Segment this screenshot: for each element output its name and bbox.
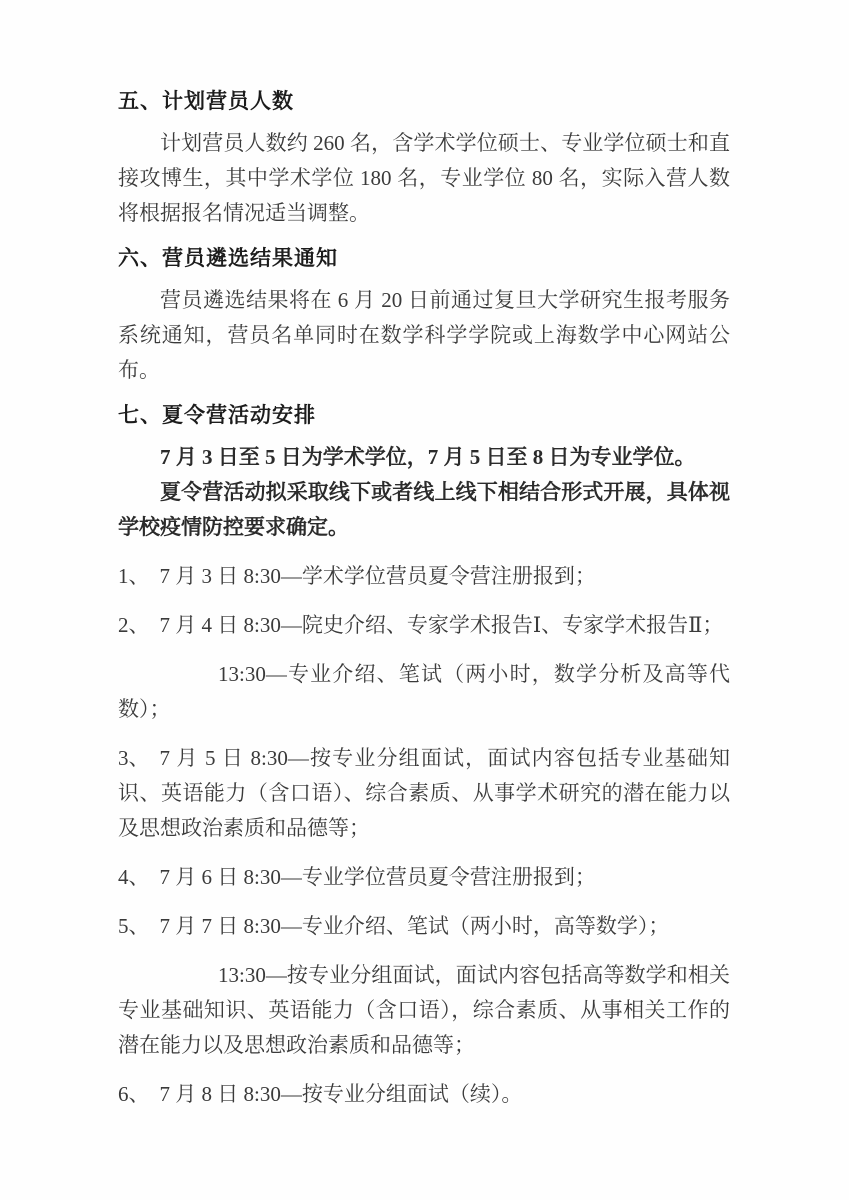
schedule-item-continuation: 13:30—按专业分组面试，面试内容包括高等数学和相关专业基础知识、英语能力（含… <box>118 958 730 1063</box>
schedule-item: 4、7 月 6 日 8:30—专业学位营员夏令营注册报到； <box>118 860 730 895</box>
schedule-item-text: 7 月 4 日 8:30—院史介绍、专家学术报告Ⅰ、专家学术报告Ⅱ； <box>160 613 724 637</box>
document-page: 五、计划营员人数 计划营员人数约 260 名，含学术学位硕士、专业学位硕士和直接… <box>0 0 849 1200</box>
section-heading: 六、营员遴选结果通知 <box>118 243 730 275</box>
schedule-item-text: 7 月 8 日 8:30—按专业分组面试（续）。 <box>160 1082 523 1106</box>
section-heading: 五、计划营员人数 <box>118 86 730 118</box>
body-paragraph: 计划营员人数约 260 名，含学术学位硕士、专业学位硕士和直接攻博生，其中学术学… <box>118 126 730 231</box>
schedule-item-number: 3、 <box>118 741 150 776</box>
schedule-item-number: 2、 <box>118 608 150 643</box>
schedule-item: 3、7 月 5 日 8:30—按专业分组面试，面试内容包括专业基础知识、英语能力… <box>118 741 730 846</box>
schedule-item: 6、7 月 8 日 8:30—按专业分组面试（续）。 <box>118 1077 730 1112</box>
schedule-item: 1、7 月 3 日 8:30—学术学位营员夏令营注册报到； <box>118 559 730 594</box>
schedule-item-number: 5、 <box>118 909 150 944</box>
section-plan-numbers: 五、计划营员人数 计划营员人数约 260 名，含学术学位硕士、专业学位硕士和直接… <box>118 86 730 231</box>
schedule-item-number: 6、 <box>118 1077 150 1112</box>
schedule-item: 5、7 月 7 日 8:30—专业介绍、笔试（两小时，高等数学）； <box>118 909 730 944</box>
schedule-item-text: 7 月 3 日 8:30—学术学位营员夏令营注册报到； <box>160 564 596 588</box>
schedule-item-text: 7 月 7 日 8:30—专业介绍、笔试（两小时，高等数学）； <box>160 914 670 938</box>
schedule-list: 1、7 月 3 日 8:30—学术学位营员夏令营注册报到； 2、7 月 4 日 … <box>118 559 730 1112</box>
bold-paragraph: 夏令营活动拟采取线下或者线上线下相结合形式开展，具体视学校疫情防控要求确定。 <box>118 475 730 545</box>
section-selection-notice: 六、营员遴选结果通知 营员遴选结果将在 6 月 20 日前通过复旦大学研究生报考… <box>118 243 730 388</box>
schedule-item-text: 7 月 6 日 8:30—专业学位营员夏令营注册报到； <box>160 865 596 889</box>
body-paragraph: 营员遴选结果将在 6 月 20 日前通过复旦大学研究生报考服务系统通知，营员名单… <box>118 283 730 388</box>
schedule-item-number: 1、 <box>118 559 150 594</box>
bold-paragraph: 7 月 3 日至 5 日为学术学位，7 月 5 日至 8 日为专业学位。 <box>118 440 730 475</box>
section-activity-schedule: 七、夏令营活动安排 7 月 3 日至 5 日为学术学位，7 月 5 日至 8 日… <box>118 400 730 1112</box>
section-heading: 七、夏令营活动安排 <box>118 400 730 432</box>
schedule-item-text: 13:30—专业介绍、笔试（两小时，数学分析及高等代数）； <box>118 662 730 721</box>
schedule-item-text: 13:30—按专业分组面试，面试内容包括高等数学和相关专业基础知识、英语能力（含… <box>118 963 730 1057</box>
schedule-item-number: 4、 <box>118 860 150 895</box>
schedule-item-text: 7 月 5 日 8:30—按专业分组面试，面试内容包括专业基础知识、英语能力（含… <box>118 746 730 840</box>
schedule-item: 2、7 月 4 日 8:30—院史介绍、专家学术报告Ⅰ、专家学术报告Ⅱ； <box>118 608 730 643</box>
schedule-item-continuation: 13:30—专业介绍、笔试（两小时，数学分析及高等代数）； <box>118 657 730 727</box>
